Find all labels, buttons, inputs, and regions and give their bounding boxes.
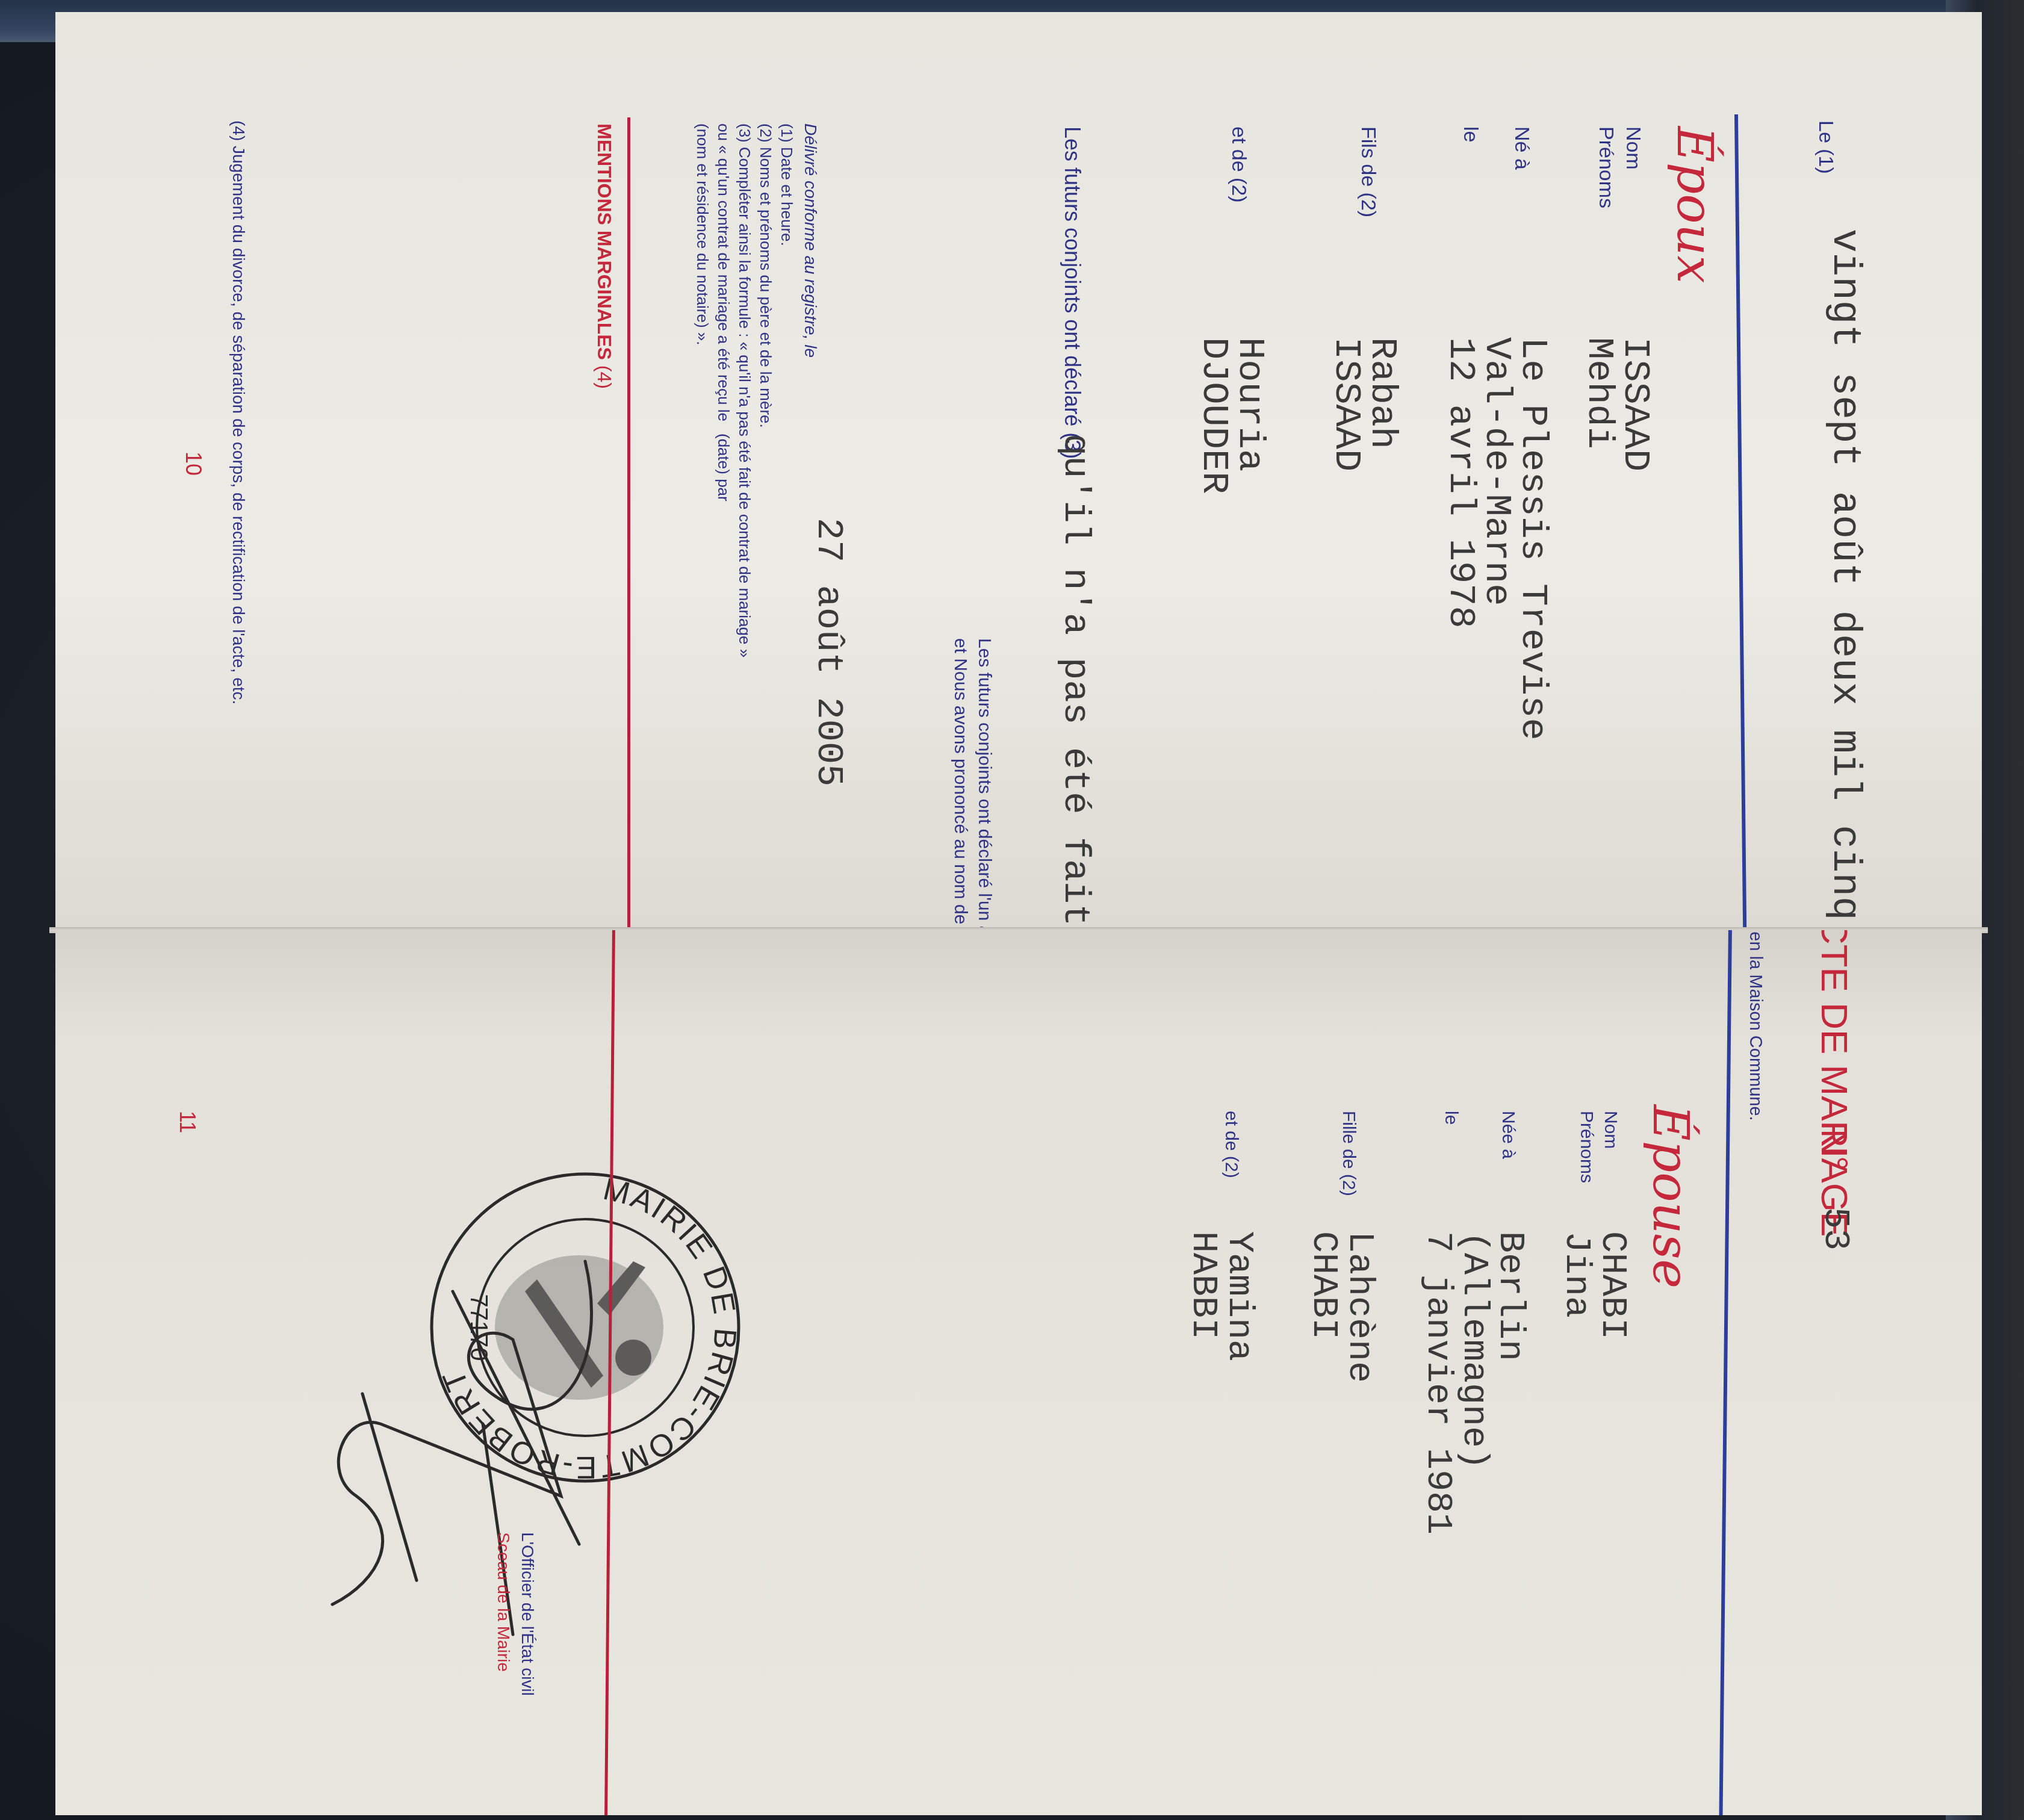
- epouse-birthdate: 7 janvier 1981: [1417, 1231, 1458, 1535]
- mentions-footnote: (4) Jugement du divorce, de séparation d…: [229, 120, 248, 704]
- mentions-heading-text: MENTIONS MARGINALES: [594, 123, 615, 360]
- union-line-2: et Nous avons prononcé au nom de la loi …: [950, 638, 970, 930]
- seal-label: Sceau de la Mairie: [494, 1532, 513, 1672]
- epouse-nom: CHABI: [1592, 1231, 1633, 1340]
- union-line-1: Les futurs conjoints ont déclaré l'un ap…: [974, 638, 995, 930]
- epouse-father-lastname: CHABI: [1303, 1231, 1344, 1340]
- footnote-1: (1) Date et heure.: [777, 123, 796, 246]
- officer-title: L'Officier de l'État civil: [518, 1532, 537, 1696]
- epoux-mother-label: et de (2): [1227, 126, 1250, 203]
- epouse-mother-lastname: HABBI: [1182, 1231, 1223, 1340]
- epoux-mother-lastname: DJOUDER: [1193, 337, 1235, 494]
- certificate-number-label: N°: [1813, 1129, 1855, 1171]
- footnote-2: (2) Noms et prénoms du père et de la mèr…: [756, 123, 775, 428]
- date-label: Le (1): [1814, 120, 1837, 174]
- epouse-birthplace-label: Née à: [1498, 1111, 1518, 1159]
- delivery-label: Délivré conforme au registre, le: [801, 123, 820, 358]
- officer-signature: [272, 1243, 633, 1665]
- epoux-heading: Époux: [1666, 126, 1723, 284]
- footnote-3b: ou « qu'un contrat de mariage a été reçu…: [714, 123, 733, 421]
- appearance-text: devant Nous ont comparu publiquement en …: [1745, 930, 1765, 1121]
- date-value-part1: vingt sept août deux mil cinq: [1822, 229, 1867, 921]
- epoux-father-lastname: ISSAAD: [1325, 337, 1368, 471]
- epoux-birthplace-label: Né à: [1510, 126, 1533, 170]
- declaration-value: qu'il n'a pas été fait de contrat de mar…: [1054, 433, 1097, 930]
- epouse-father-label: Fille de (2): [1338, 1111, 1359, 1196]
- certificate-number: 53: [1814, 1207, 1855, 1250]
- epouse-birthplace-country: (Allemagne): [1453, 1231, 1494, 1470]
- footnote-3: (3) Compléter ainsi la formule : « qu'il…: [735, 123, 754, 657]
- certificate-title: EXTRAIT DE L'ACTE DE MARIAGE: [1813, 930, 1855, 1237]
- left-page: Le (1) vingt sept août deux mil cinq Épo…: [55, 12, 1982, 930]
- epouse-mother-firstname: Yamina: [1218, 1231, 1259, 1361]
- epouse-heading: Épouse: [1642, 1105, 1699, 1288]
- epoux-birthdate: 12 avril 1978: [1439, 337, 1482, 629]
- epoux-birthdate-label: le: [1459, 126, 1482, 142]
- epoux-prenoms-label: Prénoms: [1594, 126, 1618, 208]
- epouse-nom-label: Nom: [1600, 1111, 1621, 1149]
- delivery-date: 27 août 2005: [807, 518, 850, 786]
- page-number-right: 11: [175, 1111, 200, 1133]
- footnote-date-par: (date) par: [714, 433, 733, 502]
- epouse-prenoms-label: Prénoms: [1576, 1111, 1597, 1183]
- date-value-part1b: mil cinq: [1822, 730, 1867, 921]
- marriage-certificate: Le (1) vingt sept août deux mil cinq Épo…: [43, 0, 2024, 1820]
- mentions-rule: [627, 117, 630, 930]
- epouse-father-firstname: Lahcène: [1339, 1231, 1380, 1383]
- mentions-ref: (4): [594, 365, 615, 389]
- footnote-3c: (nom et résidence du notaire) ».: [693, 123, 712, 346]
- declaration-label: Les futurs conjoints ont déclaré (3): [1060, 126, 1085, 459]
- page-number-left: 10: [181, 452, 206, 476]
- header-rule: [1734, 114, 1746, 930]
- epoux-nom-label: Nom: [1621, 126, 1645, 170]
- epoux-prenoms: Mehdi: [1578, 337, 1621, 449]
- right-page: EXTRAIT DE L'ACTE DE MARIAGE N° 53 à 15 …: [55, 930, 1982, 1815]
- epoux-father-label: Fils de (2): [1356, 126, 1380, 217]
- header-rule-right: [1719, 930, 1732, 1815]
- epouse-mother-label: et de (2): [1221, 1111, 1241, 1178]
- epouse-birthplace: Berlin: [1489, 1231, 1530, 1361]
- epouse-prenoms: Jina: [1556, 1231, 1597, 1318]
- epouse-birthdate-label: le: [1441, 1111, 1461, 1125]
- mentions-heading: MENTIONS MARGINALES (4): [593, 123, 615, 389]
